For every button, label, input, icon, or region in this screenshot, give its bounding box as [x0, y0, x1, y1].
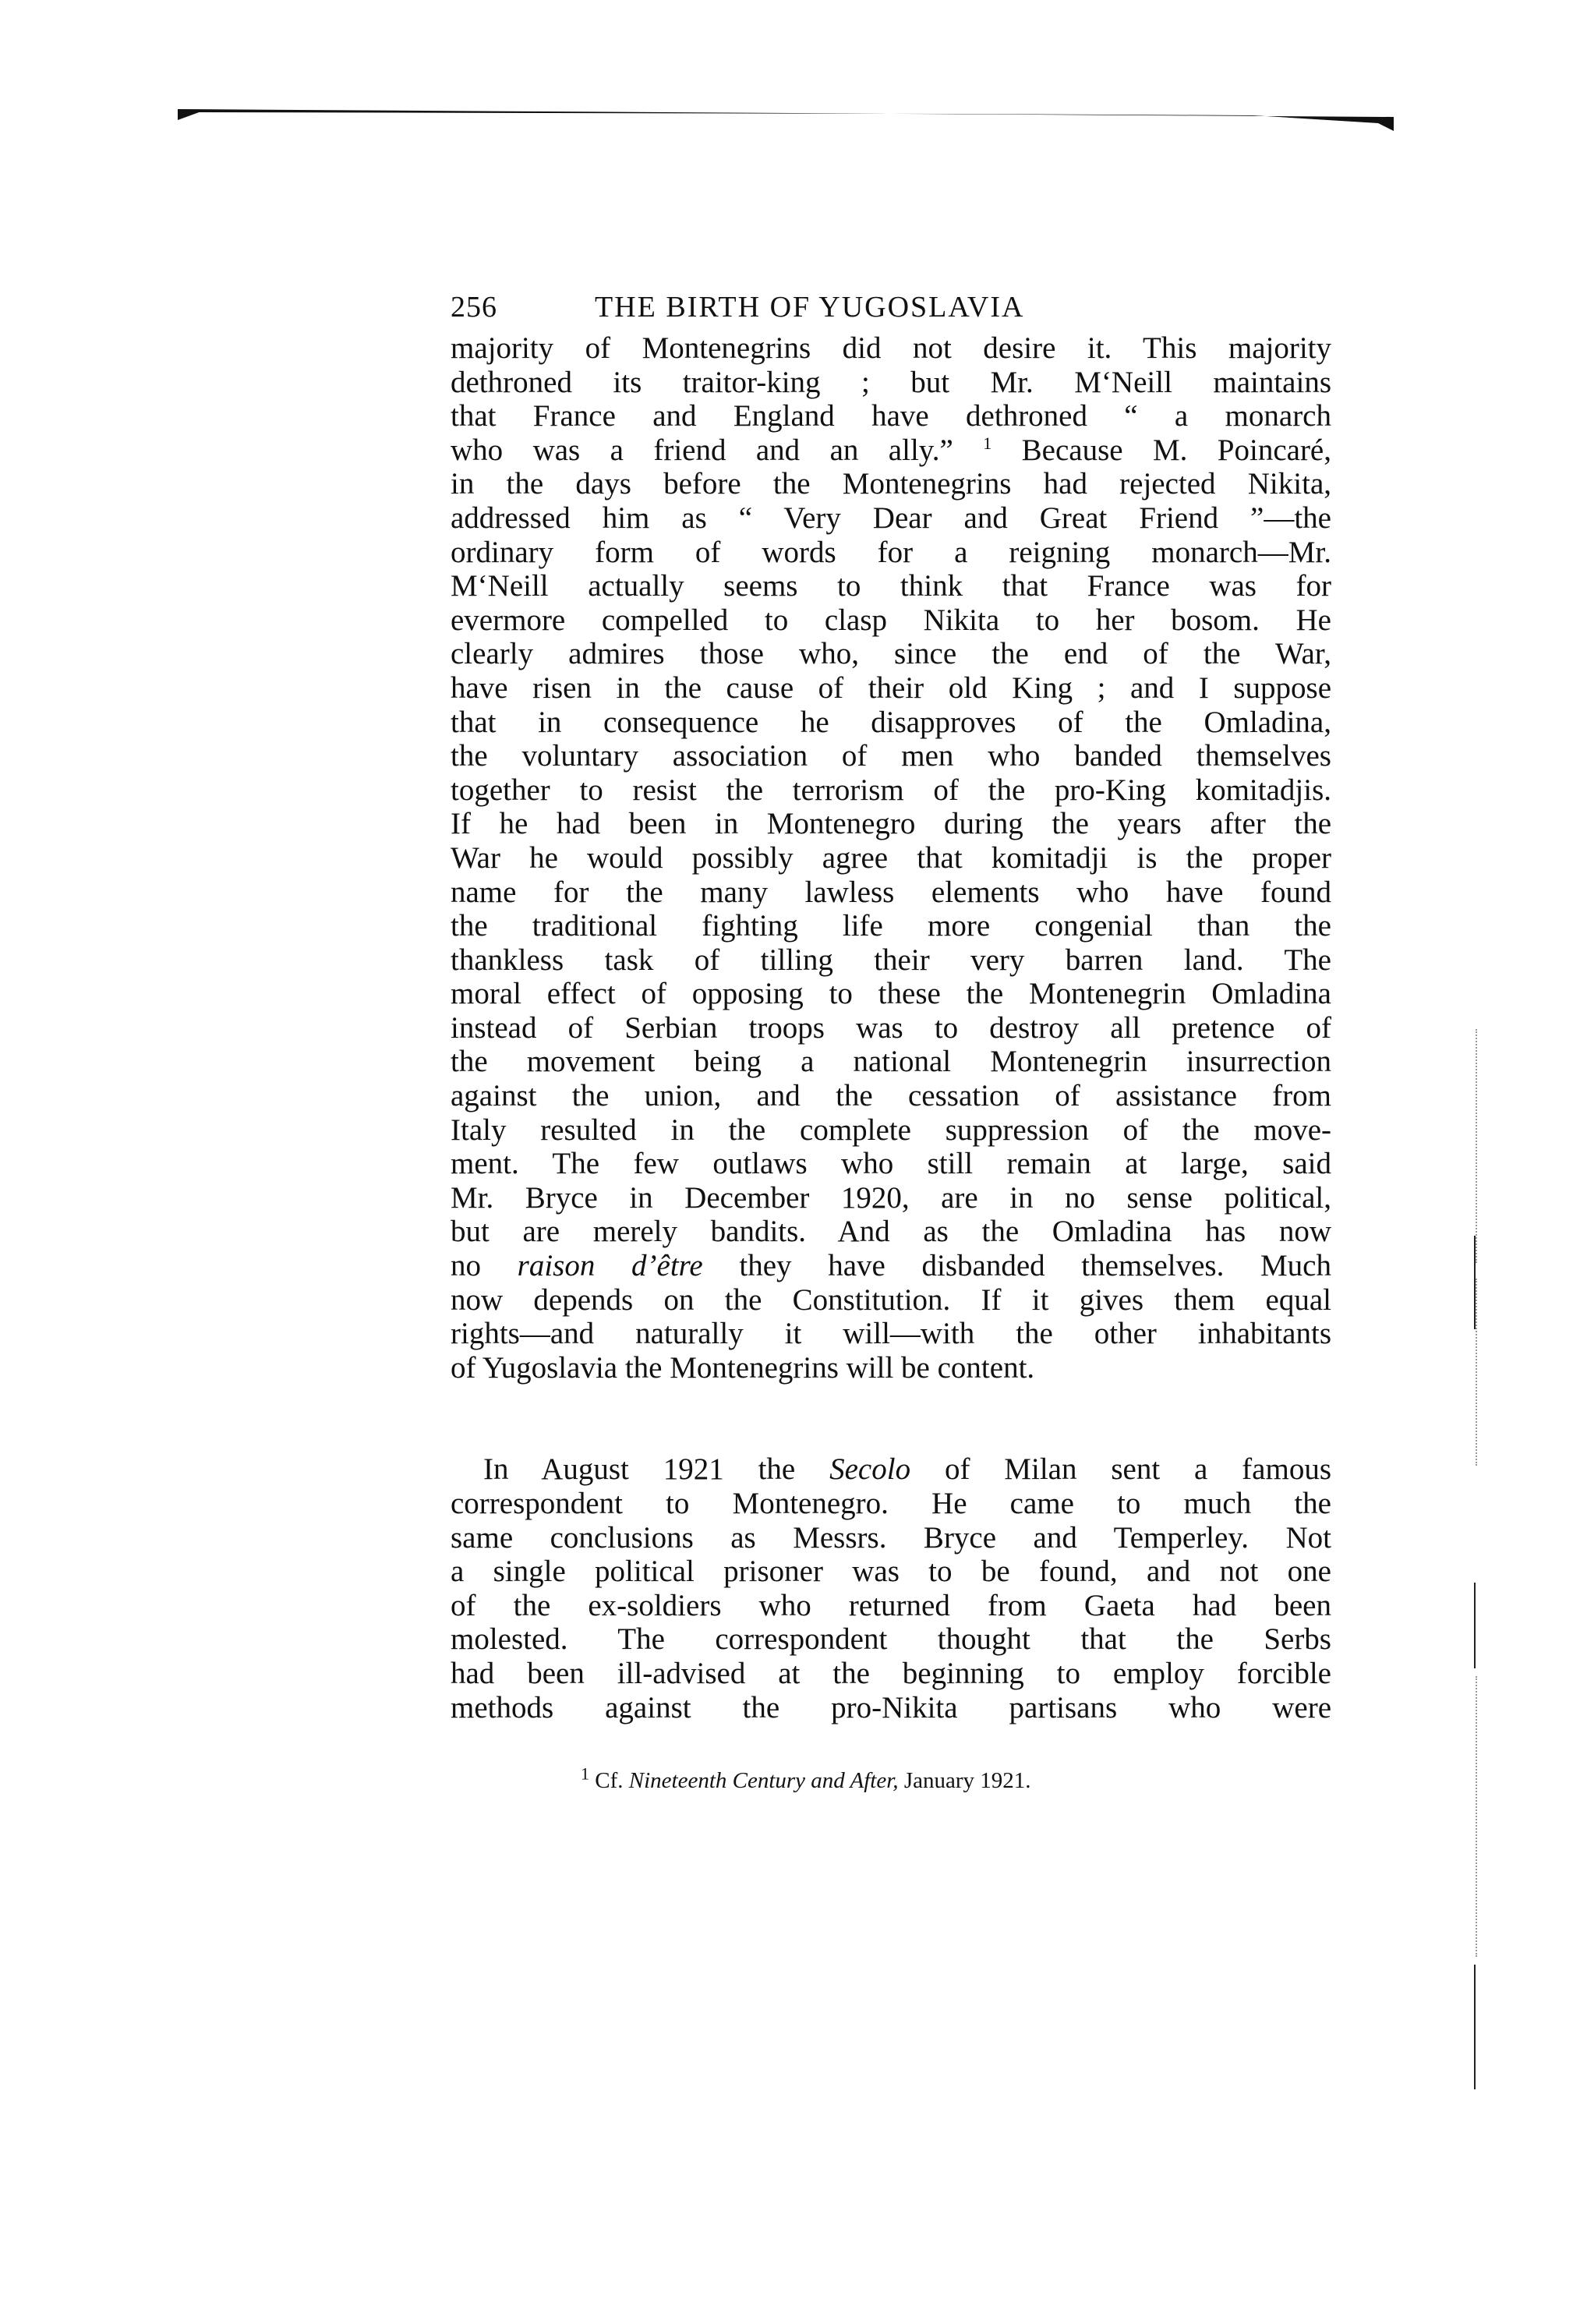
page-number: 256	[451, 290, 497, 324]
text-line: a single political prisoner was to be fo…	[451, 1555, 1331, 1589]
footnote-suffix: January 1921.	[904, 1768, 1031, 1793]
margin-artifact	[1474, 1965, 1476, 2089]
text-line: who was a friend and an ally.” 1 Because…	[451, 433, 1331, 468]
margin-artifact	[1476, 1029, 1479, 1263]
text-line: the traditional fighting life more conge…	[451, 909, 1331, 943]
text-line: but are merely bandits. And as the Omlad…	[451, 1215, 1331, 1249]
margin-artifact	[1474, 1583, 1476, 1668]
scan-edge-decoration	[178, 109, 1394, 131]
text-line: have risen in the cause of their old Kin…	[451, 671, 1331, 706]
text-line: evermore compelled to clasp Nikita to he…	[451, 603, 1331, 638]
text-line: ordinary form of words for a reigning mo…	[451, 536, 1331, 570]
footnote-marker: 1	[581, 1763, 589, 1783]
text-line: ment. The few outlaws who still remain a…	[451, 1147, 1331, 1181]
text-line: instead of Serbian troops was to destroy…	[451, 1011, 1331, 1045]
footnote: 1 Cf. Nineteenth Century and After, Janu…	[581, 1768, 1031, 1794]
margin-artifact	[1474, 1236, 1476, 1329]
text-line: Italy resulted in the complete suppressi…	[451, 1113, 1331, 1148]
text-line: clearly admires those who, since the end…	[451, 637, 1331, 671]
text-line: the voluntary association of men who ban…	[451, 739, 1331, 773]
text-line: dethroned its traitor-king ; but Mr. M‘N…	[451, 366, 1331, 400]
margin-artifact	[1476, 1279, 1479, 1466]
text-line: Mr. Bryce in December 1920, are in no se…	[451, 1181, 1331, 1215]
text-line: majority of Montenegrins did not desire …	[451, 331, 1331, 366]
text-line: of Yugoslavia the Montenegrins will be c…	[451, 1351, 1331, 1385]
text-line: the movement being a national Montenegri…	[451, 1045, 1331, 1079]
text-line: now depends on the Constitution. If it g…	[451, 1283, 1331, 1318]
text-line: name for the many lawless elements who h…	[451, 875, 1331, 910]
text-line: In August 1921 the Secolo of Milan sent …	[451, 1452, 1331, 1487]
text-line: M‘Neill actually seems to think that Fra…	[451, 569, 1331, 603]
text-line: moral effect of opposing to these the Mo…	[451, 977, 1331, 1011]
text-line: War he would possibly agree that komitad…	[451, 841, 1331, 875]
text-line: same conclusions as Messrs. Bryce and Te…	[451, 1521, 1331, 1555]
footnote-prefix: Cf.	[595, 1768, 623, 1793]
text-line: no raison d’être they have disbanded the…	[451, 1249, 1331, 1283]
text-line: had been ill-advised at the beginning to…	[451, 1657, 1331, 1691]
paragraph-2: In August 1921 the Secolo of Milan sent …	[451, 1452, 1331, 1724]
text-line: against the union, and the cessation of …	[451, 1079, 1331, 1113]
running-title: THE BIRTH OF YUGOSLAVIA	[595, 290, 1024, 324]
paragraph-1: majority of Montenegrins did not desire …	[451, 331, 1331, 1385]
page-header: 256 THE BIRTH OF YUGOSLAVIA	[451, 290, 1331, 329]
text-line: that in consequence he disapproves of th…	[451, 706, 1331, 740]
text-line: of the ex-soldiers who returned from Gae…	[451, 1589, 1331, 1623]
text-line: addressed him as “ Very Dear and Great F…	[451, 501, 1331, 536]
text-line: in the days before the Montenegrins had …	[451, 467, 1331, 501]
body-text: majority of Montenegrins did not desire …	[451, 331, 1331, 1724]
footnote-title: Nineteenth Century and After,	[629, 1768, 899, 1793]
text-line: molested. The correspondent thought that…	[451, 1622, 1331, 1657]
text-line: methods against the pro-Nikita partisans…	[451, 1691, 1331, 1725]
text-line: thankless task of tilling their very bar…	[451, 943, 1331, 978]
paragraph-gap	[451, 1385, 1331, 1452]
text-line: that France and England have dethroned “…	[451, 399, 1331, 433]
text-line: rights—and naturally it will—with the ot…	[451, 1317, 1331, 1351]
text-line: If he had been in Montenegro during the …	[451, 807, 1331, 841]
text-line: together to resist the terrorism of the …	[451, 773, 1331, 808]
margin-artifact	[1476, 1676, 1479, 1957]
text-line: correspondent to Montenegro. He came to …	[451, 1487, 1331, 1521]
